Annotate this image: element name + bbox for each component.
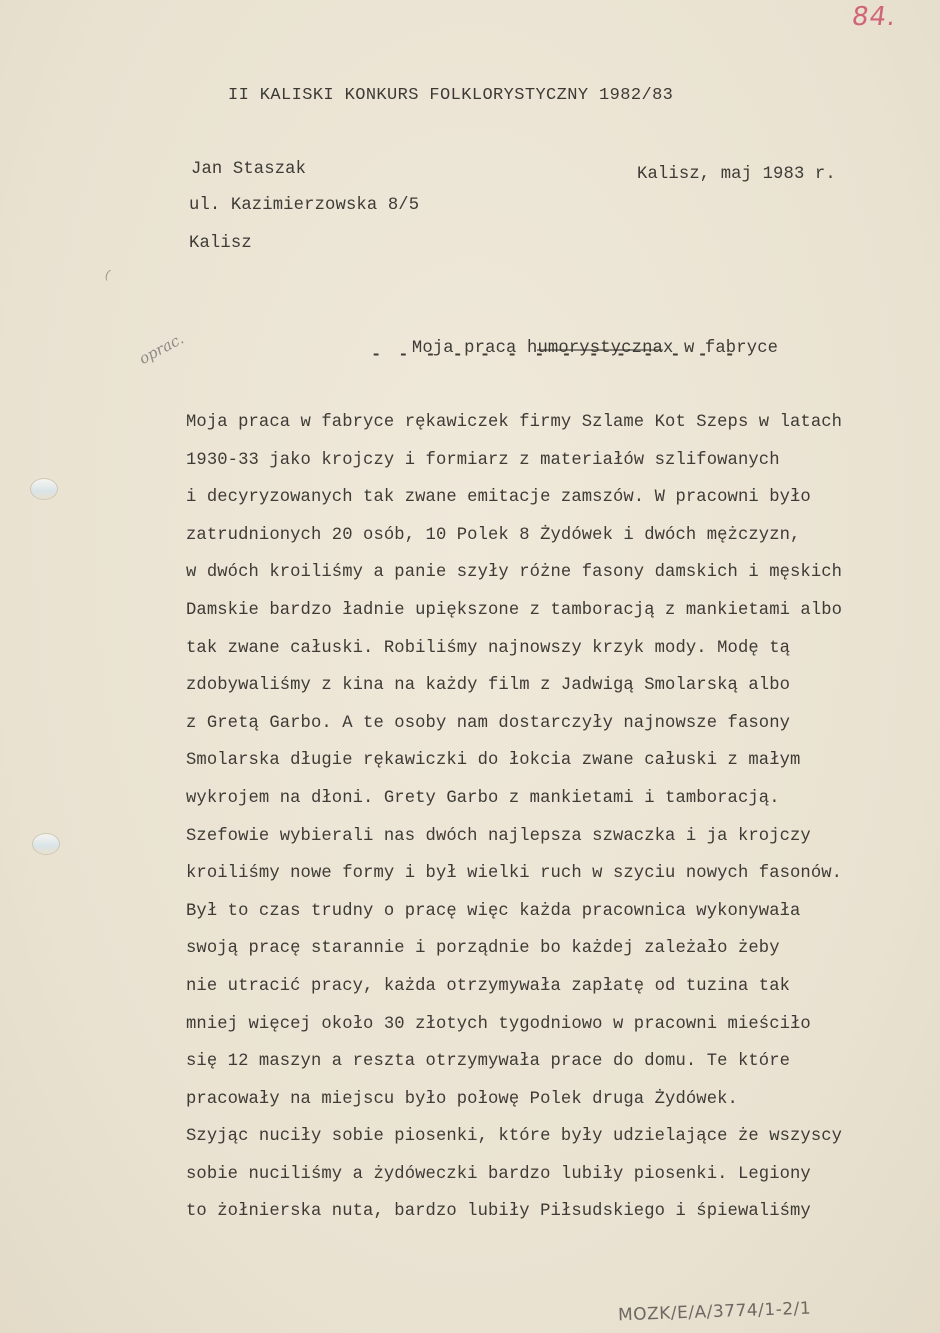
body-line: Damskie bardzo ładnie upiększone z tambo… bbox=[186, 598, 926, 636]
punch-hole bbox=[30, 478, 58, 500]
page-number: 84. bbox=[850, 2, 899, 32]
body-line: zdobywaliśmy z kina na każdy film z Jadw… bbox=[186, 673, 926, 711]
body-line: kroiliśmy nowe formy i był wielki ruch w… bbox=[186, 861, 926, 899]
document-page: 84. II KALISKI KONKURS FOLKLORYSTYCZNY 1… bbox=[0, 0, 940, 1333]
body-line: Smolarska długie rękawiczki do łokcia zw… bbox=[186, 748, 926, 786]
body-line: zatrudnionych 20 osób, 10 Polek 8 Żydówe… bbox=[186, 523, 926, 561]
heading-underline: - - - - - - - - - - - - - - bbox=[371, 346, 738, 365]
place-date: Kalisz, maj 1983 r. bbox=[637, 165, 836, 184]
body-line: pracowały na miejscu było połowę Polek d… bbox=[186, 1087, 926, 1125]
body-line: Szefowie wybierali nas dwóch najlepsza s… bbox=[186, 824, 926, 862]
author-city: Kalisz bbox=[189, 234, 252, 253]
author-name: Jan Staszak bbox=[191, 160, 306, 179]
body-line: wykrojem na dłoni. Grety Garbo z mankiet… bbox=[186, 786, 926, 824]
body-line: swoją pracę starannie i porządnie bo każ… bbox=[186, 936, 926, 974]
archive-signature: MOZK/E/A/3774/1-2/1 bbox=[618, 1299, 812, 1326]
body-line: w dwóch kroiliśmy a panie szyły różne fa… bbox=[186, 560, 926, 598]
body-line: tak zwane całuski. Robiliśmy najnowszy k… bbox=[186, 636, 926, 674]
body-line: nie utracić pracy, każda otrzymywała zap… bbox=[186, 974, 926, 1012]
body-line: mniej więcej około 30 złotych tygodniowo… bbox=[186, 1012, 926, 1050]
body-text: Moja praca w fabryce rękawiczek firmy Sz… bbox=[186, 410, 926, 1237]
punch-hole bbox=[32, 833, 60, 855]
body-line: z Gretą Garbo. A te osoby nam dostarczył… bbox=[186, 711, 926, 749]
body-line: to żołnierska nuta, bardzo lubiły Piłsud… bbox=[186, 1199, 926, 1237]
pencil-mark: ( bbox=[102, 267, 114, 283]
body-line: Był to czas trudny o pracę więc każda pr… bbox=[186, 899, 926, 937]
body-line: się 12 maszyn a reszta otrzymywała prace… bbox=[186, 1049, 926, 1087]
author-street: ul. Kazimierzowska 8/5 bbox=[189, 196, 419, 215]
document-title: II KALISKI KONKURS FOLKLORYSTYCZNY 1982/… bbox=[228, 86, 673, 105]
body-line: Moja praca w fabryce rękawiczek firmy Sz… bbox=[186, 410, 926, 448]
body-line: Szyjąc nuciły sobie piosenki, które były… bbox=[186, 1124, 926, 1162]
body-line: 1930-33 jako krojczy i formiarz z materi… bbox=[186, 448, 926, 486]
body-line: i decyryzowanych tak zwane emitacje zams… bbox=[186, 485, 926, 523]
body-line: sobie nuciliśmy a żydóweczki bardzo lubi… bbox=[186, 1162, 926, 1200]
